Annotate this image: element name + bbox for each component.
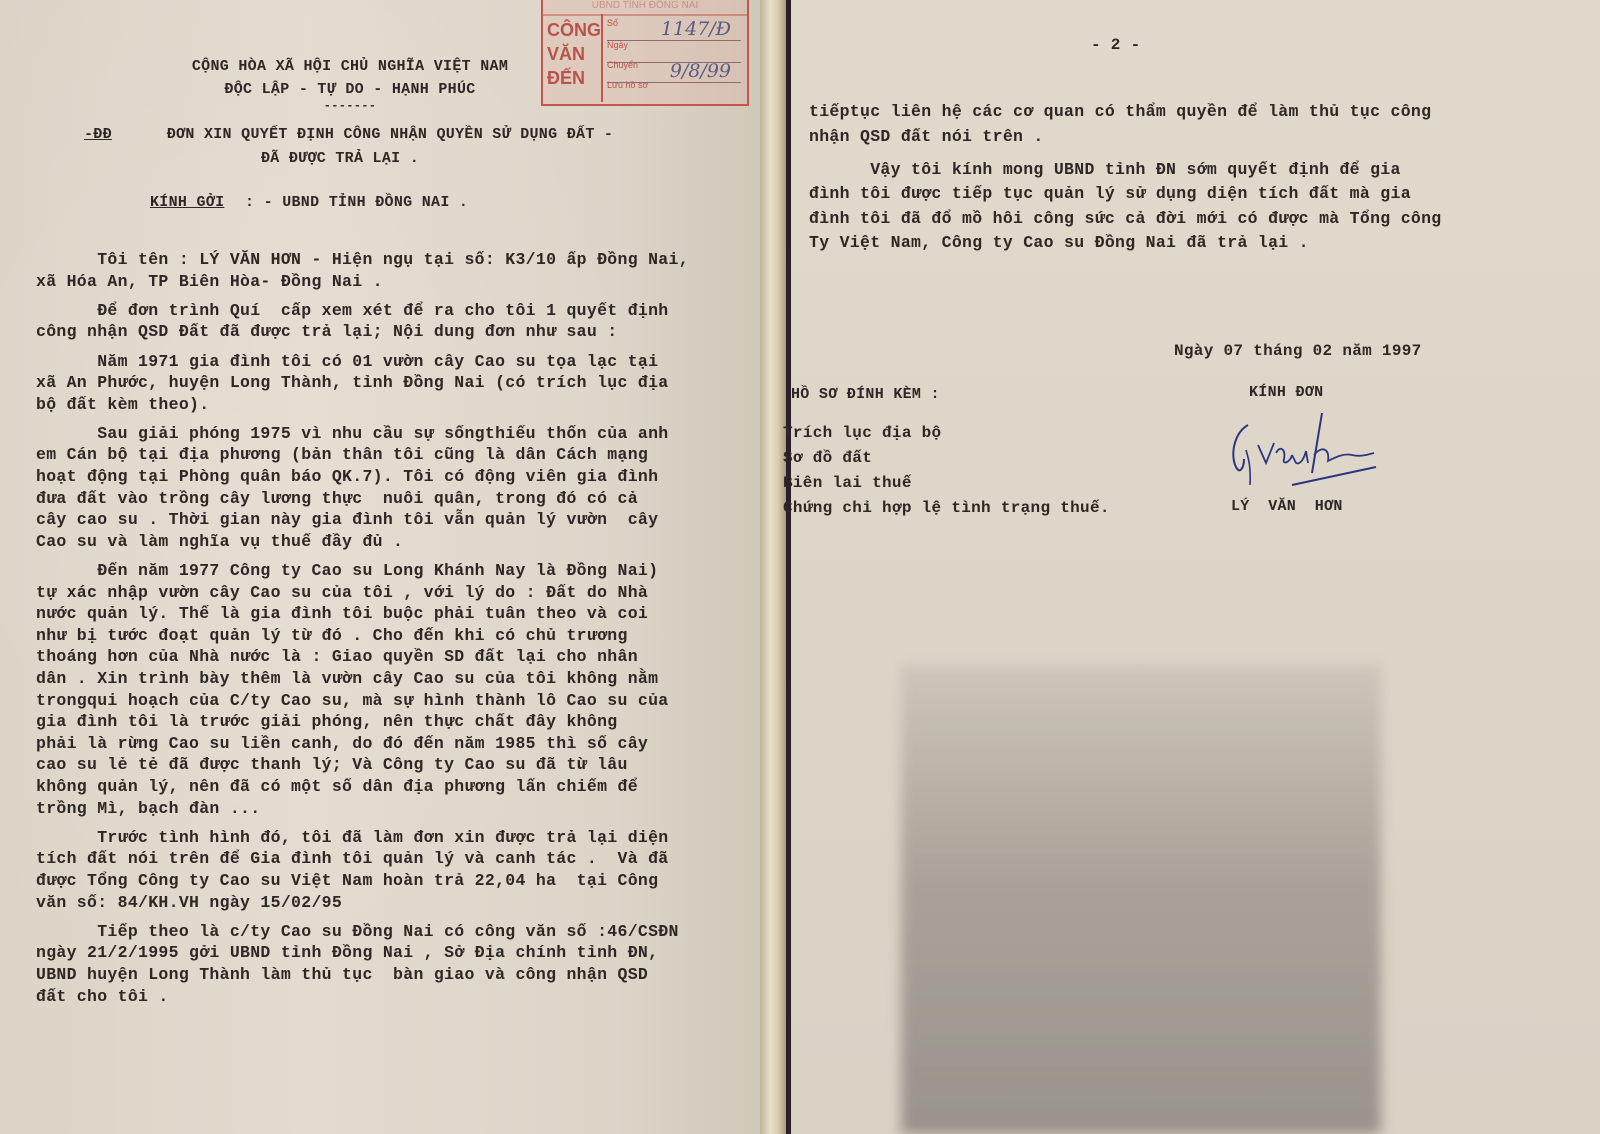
national-header-line-2: ĐỘC LẬP - TỰ DO - HẠNH PHÚC bbox=[150, 81, 550, 98]
letter-line: Để đơn trình Quí cấp xem xét để ra cho t… bbox=[36, 301, 669, 320]
attachment-item: Trích lục địa bộ bbox=[783, 424, 941, 442]
letter-line: Ty Việt Nam, Công ty Cao su Đồng Nai đã … bbox=[809, 233, 1309, 252]
handwritten-signature bbox=[1226, 405, 1396, 500]
attachment-item: Chứng chỉ hợp lệ tình trạng thuế. bbox=[783, 499, 1110, 517]
stamp-divider bbox=[601, 14, 603, 102]
letter-line: Cao su và làm nghĩa vụ thuế đầy đủ . bbox=[36, 532, 403, 551]
letter-line: không quản lý, nên đã có một số dân địa … bbox=[36, 777, 638, 796]
letter-line: Vậy tôi kính mong UBND tỉnh ĐN sớm quyết… bbox=[809, 160, 1401, 179]
header-rule: ------- bbox=[150, 99, 550, 113]
letter-line: đưa đất vào trồng cây lương thực nuôi qu… bbox=[36, 489, 638, 508]
letter-line: Trước tình hình đó, tôi đã làm đơn xin đ… bbox=[36, 828, 669, 847]
letter-line: Sau giải phóng 1975 vì nhu cầu sự sốngth… bbox=[36, 424, 669, 443]
letter-line: tự xác nhập vườn cây Cao su của tôi , vớ… bbox=[36, 583, 648, 602]
letter-line: như bị tước đoạt quản lý từ đó . Cho đến… bbox=[36, 626, 628, 645]
letter-line: gia đình tôi là trước giải phóng, nên th… bbox=[36, 712, 618, 731]
stamp-field-number: Số 1147/Đ bbox=[607, 18, 741, 41]
letter-line: ngày 21/2/1995 gởi UBND tỉnh Đồng Nai , … bbox=[36, 943, 658, 962]
letter-line: tích đất nói trên để Gia đình tôi quản l… bbox=[36, 849, 669, 868]
document-page-1: CỘNG HÒA XÃ HỘI CHỦ NGHĨA VIỆT NAM ĐỘC L… bbox=[0, 0, 772, 1134]
letter-line: nước quản lý. Thế là gia đình tôi buộc p… bbox=[36, 604, 648, 623]
stamp-label: CÔNG VĂN ĐẾN bbox=[547, 18, 599, 90]
letter-line: Đến năm 1977 Công ty Cao su Long Khánh N… bbox=[36, 561, 658, 580]
letter-line: văn số: 84/KH.VH ngày 15/02/95 bbox=[36, 893, 342, 912]
letter-line: thoáng hơn của Nhà nước là : Giao quyền … bbox=[36, 647, 638, 666]
stamp-field-label: Ngày bbox=[607, 40, 628, 50]
letter-line: em Cán bộ tại địa phương (bản thân tôi c… bbox=[36, 445, 648, 464]
document-title-line-1: ĐƠN XIN QUYẾT ĐỊNH CÔNG NHẬN QUYỀN SỬ DỤ… bbox=[120, 126, 660, 143]
letter-line: cao su lẻ tẻ đã được thanh lý; Và Công t… bbox=[36, 755, 628, 774]
letter-line: nhận QSD đất nói trên . bbox=[809, 127, 1044, 146]
attachments-label: HỒ SƠ ĐÍNH KÈM : bbox=[791, 386, 940, 403]
attachment-item: Biên lai thuế bbox=[783, 474, 912, 492]
photo-shadow bbox=[901, 665, 1381, 1134]
letter-line: đình tôi được tiếp tục quản lý sử dụng d… bbox=[809, 184, 1411, 203]
letter-line: xã Hóa An, TP Biên Hòa- Đồng Nai . bbox=[36, 272, 383, 291]
stamp-label-line: ĐẾN bbox=[547, 66, 599, 90]
letter-line: được Tổng Công ty Cao su Việt Nam hoàn t… bbox=[36, 871, 658, 890]
letter-line: hoạt động tại Phòng quân báo QK.7). Tôi … bbox=[36, 467, 658, 486]
letter-line: công nhận QSD Đất đã được trả lại; Nội d… bbox=[36, 322, 618, 341]
stamp-field-value: 1147/Đ bbox=[661, 18, 731, 40]
stamp-header: UBND TỈNH ĐỒNG NAI bbox=[543, 0, 747, 16]
letter-line: Tôi tên : LÝ VĂN HƠN - Hiện ngụ tại số: … bbox=[36, 250, 689, 269]
stamp-field-archive: Lưu hồ sơ bbox=[607, 80, 741, 102]
attachment-item: Sơ đồ đất bbox=[783, 449, 872, 467]
date-line: Ngày 07 tháng 02 năm 1997 bbox=[1174, 342, 1422, 360]
letter-line: trồng Mì, bạch đàn ... bbox=[36, 799, 260, 818]
letter-line: tiếptục liên hệ các cơ quan có thẩm quyề… bbox=[809, 102, 1431, 121]
addressee-label: KÍNH GỞI bbox=[150, 194, 224, 211]
stamp-field-label: Lưu hồ sơ bbox=[607, 80, 648, 90]
page-number: - 2 - bbox=[1091, 36, 1141, 54]
letter-line: xã An Phước, huyện Long Thành, tỉnh Đồng… bbox=[36, 373, 669, 392]
letter-line: phải là rừng Cao su liền canh, do đó đến… bbox=[36, 734, 648, 753]
stamp-field-label: Số bbox=[607, 18, 618, 28]
letter-line: dân . Xin trình bày thêm là vườn cây Cao… bbox=[36, 669, 658, 688]
letter-line: đất cho tôi . bbox=[36, 987, 169, 1006]
letter-line: trongqui hoạch của C/ty Cao su, mà sự hì… bbox=[36, 691, 669, 710]
signer-name: LÝ VĂN HƠN bbox=[1231, 498, 1343, 515]
letter-line: Tiếp theo là c/ty Cao su Đồng Nai có côn… bbox=[36, 922, 679, 941]
addressee: : - UBND TỈNH ĐỒNG NAI . bbox=[245, 194, 468, 211]
stamp-field-value: 9/8/99 bbox=[670, 60, 731, 82]
stamp-label-line: VĂN bbox=[547, 42, 599, 66]
document-title-line-2: ĐÃ ĐƯỢC TRẢ LẠI . bbox=[120, 150, 560, 167]
letter-line: Năm 1971 gia đình tôi có 01 vườn cây Cao… bbox=[36, 352, 658, 371]
letter-line: cây cao su . Thời gian này gia đình tôi … bbox=[36, 510, 658, 529]
document-page-2: - 2 - tiếptục liên hệ các cơ quan có thẩ… bbox=[791, 0, 1600, 1134]
stamp-field-label: Chuyển bbox=[607, 60, 638, 70]
national-header-line-1: CỘNG HÒA XÃ HỘI CHỦ NGHĨA VIỆT NAM bbox=[150, 58, 550, 75]
page-binding-edge bbox=[760, 0, 786, 1134]
closing: KÍNH ĐƠN bbox=[1249, 384, 1323, 401]
stamp-label-line: CÔNG bbox=[547, 18, 599, 42]
document-number: -ĐĐ bbox=[84, 126, 112, 143]
letter-line: UBND huyện Long Thành làm thủ tục bàn gi… bbox=[36, 965, 648, 984]
letter-line: đình tôi đã đổ mồ hôi công sức cả đời mớ… bbox=[809, 209, 1442, 228]
incoming-document-stamp: UBND TỈNH ĐỒNG NAI CÔNG VĂN ĐẾN Số 1147/… bbox=[541, 0, 749, 106]
letter-line: bộ đất kèm theo). bbox=[36, 395, 209, 414]
